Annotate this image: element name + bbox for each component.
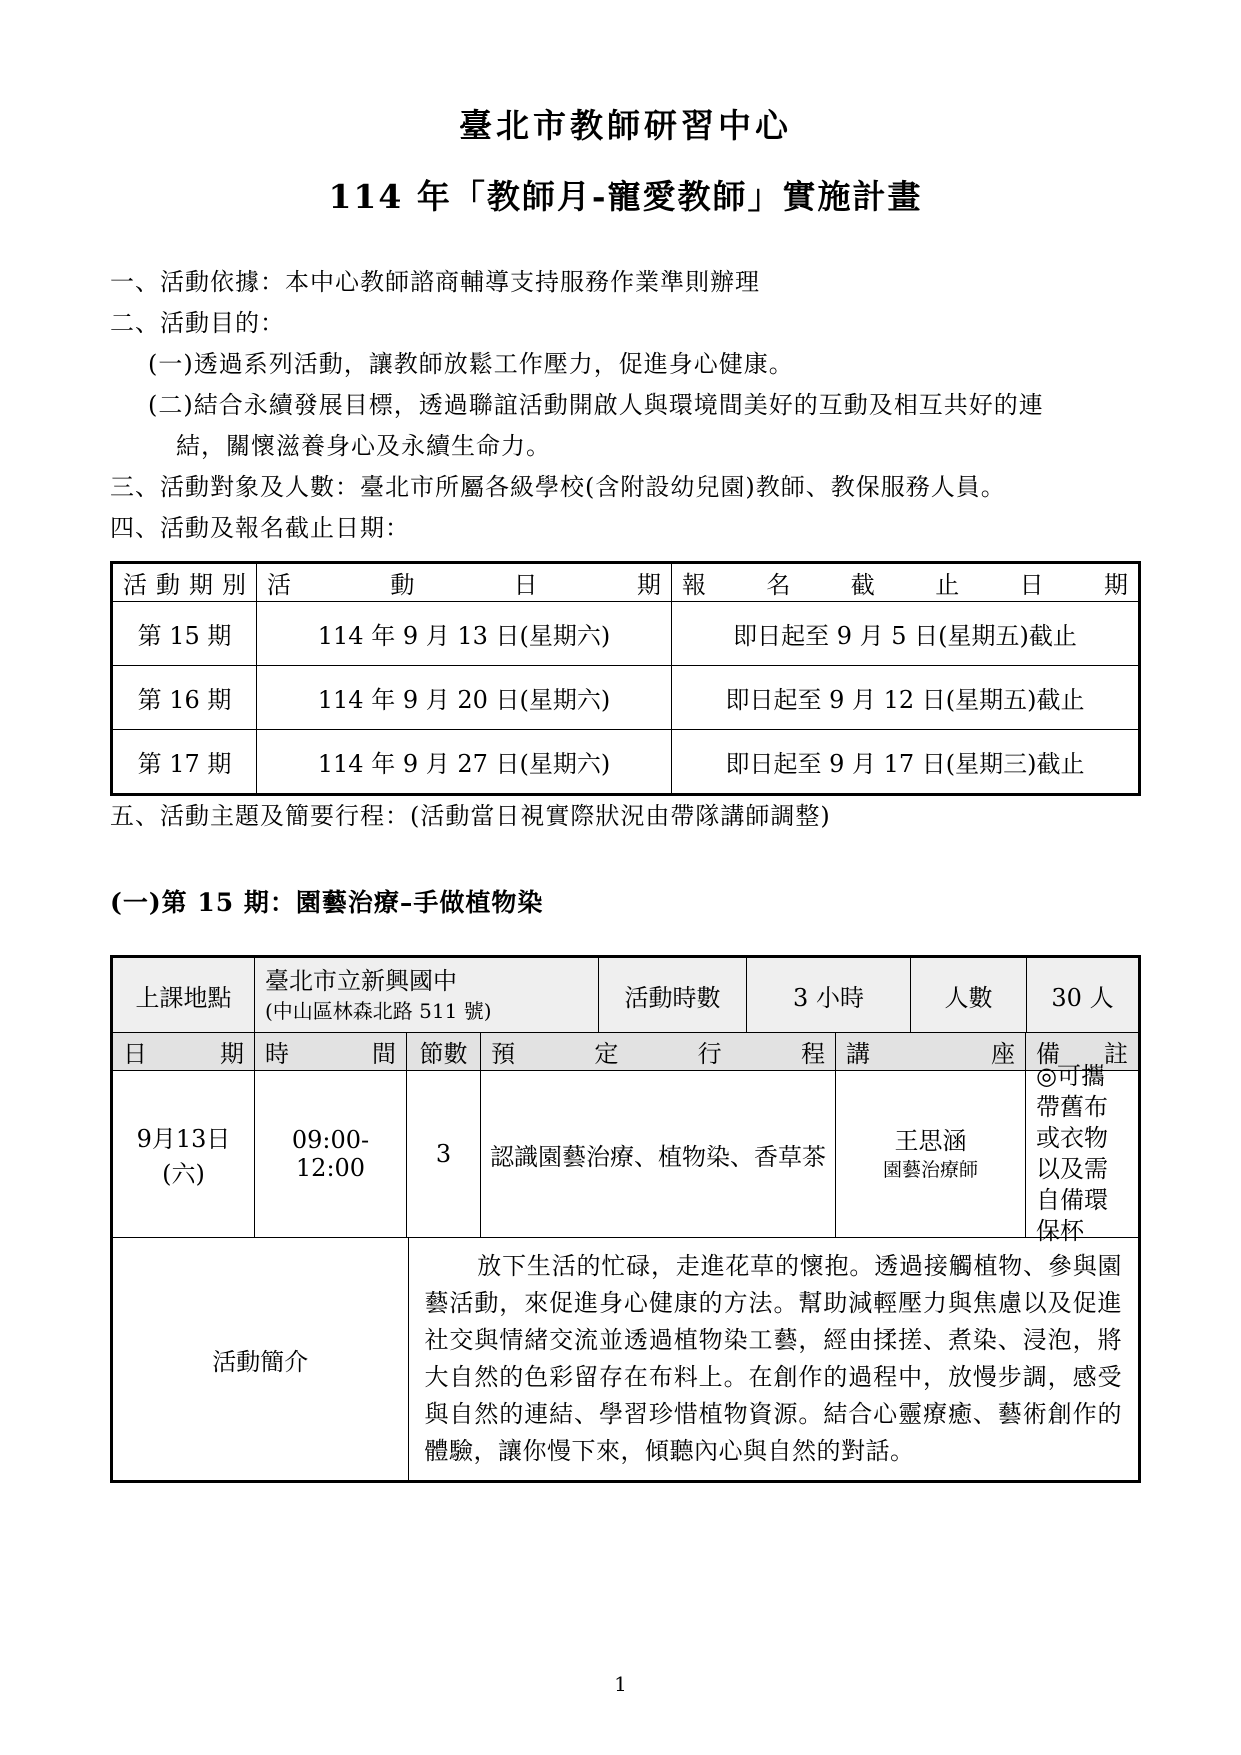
capacity-label: 人數 [911, 958, 1027, 1032]
schedule-row-16: 第 16 期 114 年 9 月 20 日(星期六) 即日起至 9 月 12 日… [112, 666, 1140, 730]
session-periods-text: 3 [436, 1140, 451, 1168]
location-address: (中山區林森北路 511 號) [265, 997, 588, 1025]
location-label-text: 上課地點 [136, 978, 232, 1013]
lecturer-name: 王思涵 [895, 1125, 967, 1157]
capacity-value-text: 30 人 [1051, 978, 1113, 1013]
session-periods: 3 [407, 1071, 481, 1237]
page-subtitle: 114 年「教師月-寵愛教師」實施計畫 [110, 171, 1141, 218]
session-15-heading: (一)第 15 期：園藝治療–手做植物染 [110, 883, 1141, 919]
intro-paragraph: 放下生活的忙碌，走進花草的懷抱。透過接觸植物、參與園藝活動，來促進身心健康的方法… [419, 1248, 1129, 1470]
session-detail-row: 9月13日 (六) 09:00-12:00 3 認識園藝治療、植物染、香草茶 王… [113, 1071, 1138, 1238]
intro-label-text: 活動簡介 [212, 1342, 308, 1377]
capacity-label-text: 人數 [945, 978, 993, 1013]
schedule-cell-deadline: 即日起至 9 月 5 日(星期五)截止 [672, 602, 1140, 666]
schedule-row-17: 第 17 期 114 年 9 月 27 日(星期六) 即日起至 9 月 17 日… [112, 730, 1140, 795]
header-lecturer: 講 座 [836, 1033, 1026, 1070]
schedule-cell-date: 114 年 9 月 20 日(星期六) [257, 666, 672, 730]
hours-label: 活動時數 [599, 958, 747, 1032]
item-audience: 三、活動對象及人數：臺北市所屬各級學校(含附設幼兒園)教師、教保服務人員。 [110, 467, 1141, 508]
session-lecturer: 王思涵 園藝治療師 [836, 1071, 1026, 1237]
schedule-header-period: 活 動 期 別 [112, 563, 257, 602]
intro-content: 放下生活的忙碌，走進花草的懷抱。透過接觸植物、參與園藝活動，來促進身心健康的方法… [409, 1238, 1139, 1480]
session-header-row: 日 期 時 間 節數 預 定 行 程 講 座 備 註 [113, 1033, 1138, 1071]
session-program: 認識園藝治療、植物染、香草茶 [481, 1071, 836, 1237]
session-note-text: ◎可攜帶舊布或衣物以及需自備環保杯 [1036, 1061, 1128, 1247]
page-number: 1 [0, 1672, 1241, 1696]
session-table: 上課地點 臺北市立新興國中 (中山區林森北路 511 號) 活動時數 3 小時 … [110, 955, 1141, 1483]
item-themes: 五、活動主題及簡要行程：(活動當日視實際狀況由帶隊講師調整) [110, 796, 1141, 837]
header-periods: 節數 [407, 1033, 481, 1070]
hours-label-text: 活動時數 [625, 978, 721, 1013]
header-time-text: 時 間 [265, 1034, 396, 1069]
header-date: 日 期 [113, 1033, 255, 1070]
lecturer-title: 園藝治療師 [883, 1157, 978, 1183]
schedule-cell-deadline: 即日起至 9 月 17 日(星期三)截止 [672, 730, 1140, 795]
hours-value-text: 3 小時 [793, 978, 864, 1013]
document-page: 臺北市教師研習中心 114 年「教師月-寵愛教師」實施計畫 一、活動依據：本中心… [0, 0, 1241, 1755]
session-time: 09:00-12:00 [255, 1071, 407, 1237]
session-program-text: 認識園藝治療、植物染、香草茶 [490, 1137, 826, 1172]
session-date-line1: 9月13日 [137, 1119, 231, 1154]
session-info-row: 上課地點 臺北市立新興國中 (中山區林森北路 511 號) 活動時數 3 小時 … [113, 958, 1138, 1033]
session-date: 9月13日 (六) [113, 1071, 255, 1237]
item-deadline: 四、活動及報名截止日期： [110, 508, 1141, 549]
header-time: 時 間 [255, 1033, 407, 1070]
location-name: 臺北市立新興國中 [265, 965, 588, 997]
item-purpose-1: (一)透過系列活動，讓教師放鬆工作壓力，促進身心健康。 [110, 344, 1141, 385]
header-date-text: 日 期 [123, 1034, 244, 1069]
item-purpose-2-line1: (二)結合永續發展目標，透過聯誼活動開啟人與環境間美好的互動及相互共好的連 [110, 385, 1141, 426]
intro-label: 活動簡介 [113, 1238, 409, 1480]
header-periods-text: 節數 [420, 1034, 468, 1069]
schedule-cell-date: 114 年 9 月 27 日(星期六) [257, 730, 672, 795]
session-note: ◎可攜帶舊布或衣物以及需自備環保杯 [1026, 1071, 1138, 1237]
session-date-line2: (六) [162, 1154, 205, 1189]
schedule-cell-date: 114 年 9 月 13 日(星期六) [257, 602, 672, 666]
session-intro-row: 活動簡介 放下生活的忙碌，走進花草的懷抱。透過接觸植物、參與園藝活動，來促進身心… [113, 1238, 1138, 1480]
schedule-header-activity-date: 活 動 日 期 [257, 563, 672, 602]
capacity-value: 30 人 [1027, 958, 1138, 1032]
schedule-table: 活 動 期 別 活 動 日 期 報 名 截 止 日 期 第 15 期 114 年… [110, 561, 1141, 796]
header-lecturer-text: 講 座 [846, 1034, 1015, 1069]
schedule-cell-period: 第 17 期 [112, 730, 257, 795]
schedule-cell-period: 第 16 期 [112, 666, 257, 730]
location-label: 上課地點 [113, 958, 255, 1032]
hours-value: 3 小時 [747, 958, 911, 1032]
session-time-text: 09:00-12:00 [259, 1126, 402, 1182]
item-basis: 一、活動依據：本中心教師諮商輔導支持服務作業準則辦理 [110, 262, 1141, 303]
schedule-header-registration-deadline: 報 名 截 止 日 期 [672, 563, 1140, 602]
location-value: 臺北市立新興國中 (中山區林森北路 511 號) [255, 958, 599, 1032]
item-purpose: 二、活動目的： [110, 303, 1141, 344]
schedule-header-row: 活 動 期 別 活 動 日 期 報 名 截 止 日 期 [112, 563, 1140, 602]
header-program: 預 定 行 程 [481, 1033, 836, 1070]
page-title: 臺北市教師研習中心 [110, 100, 1141, 147]
schedule-cell-deadline: 即日起至 9 月 12 日(星期五)截止 [672, 666, 1140, 730]
header-program-text: 預 定 行 程 [491, 1034, 825, 1069]
item-purpose-2-line2: 結，關懷滋養身心及永續生命力。 [110, 426, 1141, 467]
schedule-cell-period: 第 15 期 [112, 602, 257, 666]
document-content: 臺北市教師研習中心 114 年「教師月-寵愛教師」實施計畫 一、活動依據：本中心… [110, 0, 1141, 1483]
schedule-row-15: 第 15 期 114 年 9 月 13 日(星期六) 即日起至 9 月 5 日(… [112, 602, 1140, 666]
